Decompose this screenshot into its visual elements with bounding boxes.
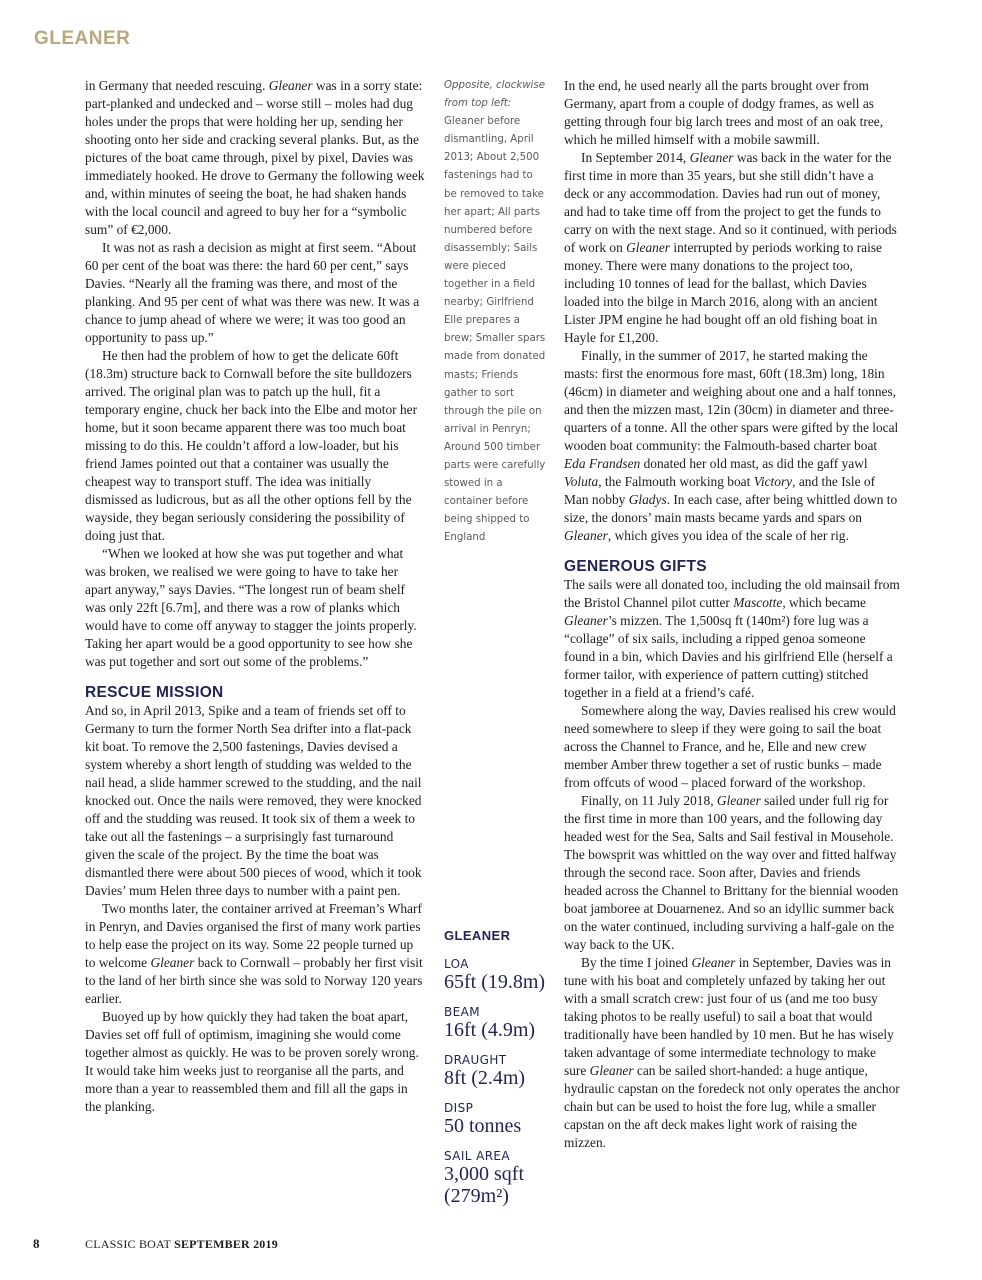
body-paragraph: In September 2014, Gleaner was back in t… — [564, 149, 900, 347]
specs-box: GLEANER LOA 65ft (19.8m) BEAM 16ft (4.9m… — [444, 928, 559, 1219]
spec-label: SAIL AREA — [444, 1149, 559, 1163]
left-paragraphs-after: And so, in April 2013, Spike and a team … — [85, 702, 425, 1116]
spec-item-beam: BEAM 16ft (4.9m) — [444, 1005, 559, 1041]
specs-title: GLEANER — [444, 928, 559, 943]
spec-item-draught: DRAUGHT 8ft (2.4m) — [444, 1053, 559, 1089]
spec-value: 65ft (19.8m) — [444, 971, 559, 993]
right-paragraphs: In the end, he used nearly all the parts… — [564, 77, 900, 545]
body-paragraph: The sails were all donated too, includin… — [564, 576, 900, 702]
section-heading-rescue-mission: RESCUE MISSION — [85, 684, 425, 702]
spec-label: LOA — [444, 957, 559, 971]
body-paragraph: Somewhere along the way, Davies realised… — [564, 702, 900, 792]
section-heading-generous-gifts: GENEROUS GIFTS — [564, 558, 900, 576]
body-paragraph: Buoyed up by how quickly they had taken … — [85, 1008, 425, 1116]
magazine-name: CLASSIC BOAT — [85, 1237, 171, 1251]
photo-caption: Opposite, clockwise from top left: Glean… — [444, 77, 548, 547]
body-paragraph: Finally, on 11 July 2018, Gleaner sailed… — [564, 792, 900, 954]
body-paragraph: in Germany that needed rescuing. Gleaner… — [85, 77, 425, 239]
spec-value: 50 tonnes — [444, 1115, 559, 1137]
body-paragraph: By the time I joined Gleaner in Septembe… — [564, 954, 900, 1152]
issue-date: SEPTEMBER 2019 — [174, 1237, 278, 1251]
spec-value: 3,000 sqft (279m²) — [444, 1163, 559, 1207]
spec-item-loa: LOA 65ft (19.8m) — [444, 957, 559, 993]
spec-label: BEAM — [444, 1005, 559, 1019]
spec-item-disp: DISP 50 tonnes — [444, 1101, 559, 1137]
body-paragraph: Two months later, the container arrived … — [85, 900, 425, 1008]
spec-value: 16ft (4.9m) — [444, 1019, 559, 1041]
spec-item-sail-area: SAIL AREA 3,000 sqft (279m²) — [444, 1149, 559, 1207]
caption-text: Gleaner before dismantling, April 2013; … — [444, 116, 545, 543]
body-paragraph: Finally, in the summer of 2017, he start… — [564, 347, 900, 545]
right-paragraphs-after: The sails were all donated too, includin… — [564, 576, 900, 1152]
right-column: In the end, he used nearly all the parts… — [564, 77, 900, 1152]
spec-label: DRAUGHT — [444, 1053, 559, 1067]
spec-label: DISP — [444, 1101, 559, 1115]
body-paragraph: And so, in April 2013, Spike and a team … — [85, 702, 425, 900]
body-paragraph: In the end, he used nearly all the parts… — [564, 77, 900, 149]
body-paragraph: He then had the problem of how to get th… — [85, 347, 425, 545]
body-paragraph: “When we looked at how she was put toget… — [85, 545, 425, 671]
left-paragraphs: in Germany that needed rescuing. Gleaner… — [85, 77, 425, 671]
caption-lead: Opposite, clockwise from top left: — [444, 80, 545, 109]
left-column: in Germany that needed rescuing. Gleaner… — [85, 77, 425, 1116]
running-head: GLEANER — [34, 28, 130, 50]
magazine-issue: CLASSIC BOAT SEPTEMBER 2019 — [85, 1237, 278, 1252]
page-number: 8 — [33, 1236, 40, 1252]
spec-value: 8ft (2.4m) — [444, 1067, 559, 1089]
body-paragraph: It was not as rash a decision as might a… — [85, 239, 425, 347]
